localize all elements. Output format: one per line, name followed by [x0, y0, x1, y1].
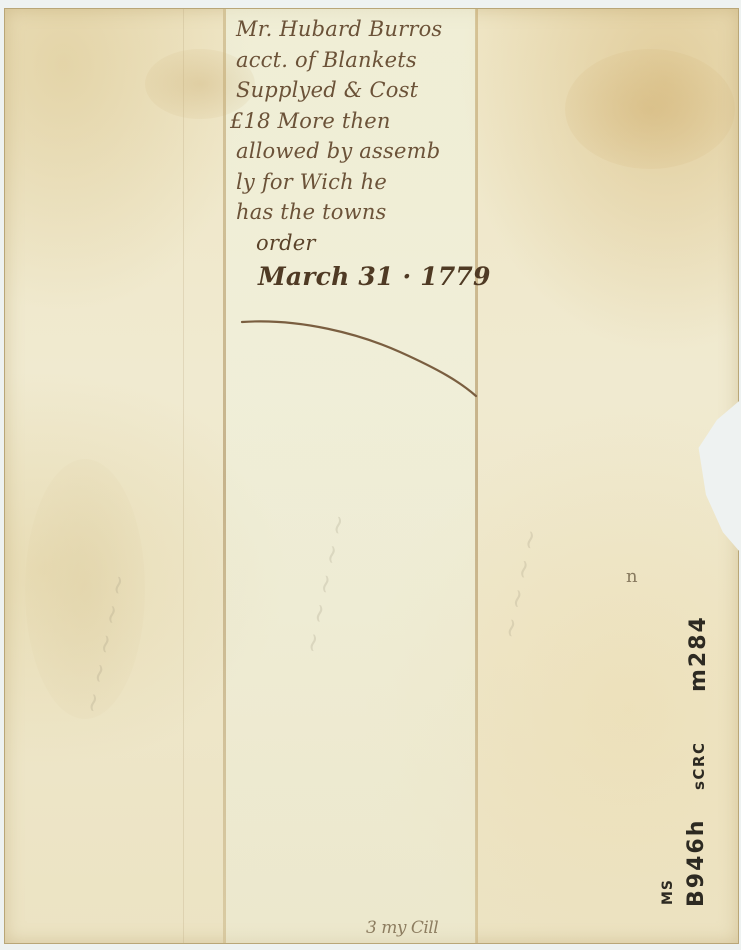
catalog-number-bottom: B946h [684, 819, 709, 907]
docket-line: Mr. Hubard Burros [236, 14, 476, 45]
docket-line: has the towns [236, 197, 476, 228]
docket-line: order [256, 228, 476, 259]
bleed-through-text: ~ ~ ~ ~ [495, 526, 548, 642]
bleed-through-text: ~ ~ ~ ~ ~ [77, 571, 136, 716]
fold-line-left [223, 9, 226, 943]
docket-line: ly for Wich he [236, 167, 476, 198]
water-stain [565, 49, 735, 169]
catalog-number-top: m284 [686, 615, 711, 692]
docket-line: acct. of Blankets [236, 45, 476, 76]
docket-line: allowed by assemb [236, 136, 476, 167]
faint-fold-line [183, 9, 184, 943]
bottom-scribble: 3 my Cill [366, 918, 438, 938]
docket-note: Mr. Hubard Burros acct. of Blankets Supp… [236, 14, 476, 293]
docket-date: March 31 · 1779 [258, 262, 476, 293]
margin-mark: n [626, 566, 638, 587]
docket-line: £18 More then [230, 106, 476, 137]
repository-label: sCRC [690, 742, 708, 791]
ms-prefix-label: MS [660, 879, 676, 905]
water-stain [25, 459, 145, 719]
scanned-page: ~ ~ ~ ~ ~ ~ ~ ~ ~ ~ ~ ~ ~ ~ Mr. Hubard B… [0, 0, 741, 950]
docket-line: Supplyed & Cost [236, 75, 476, 106]
